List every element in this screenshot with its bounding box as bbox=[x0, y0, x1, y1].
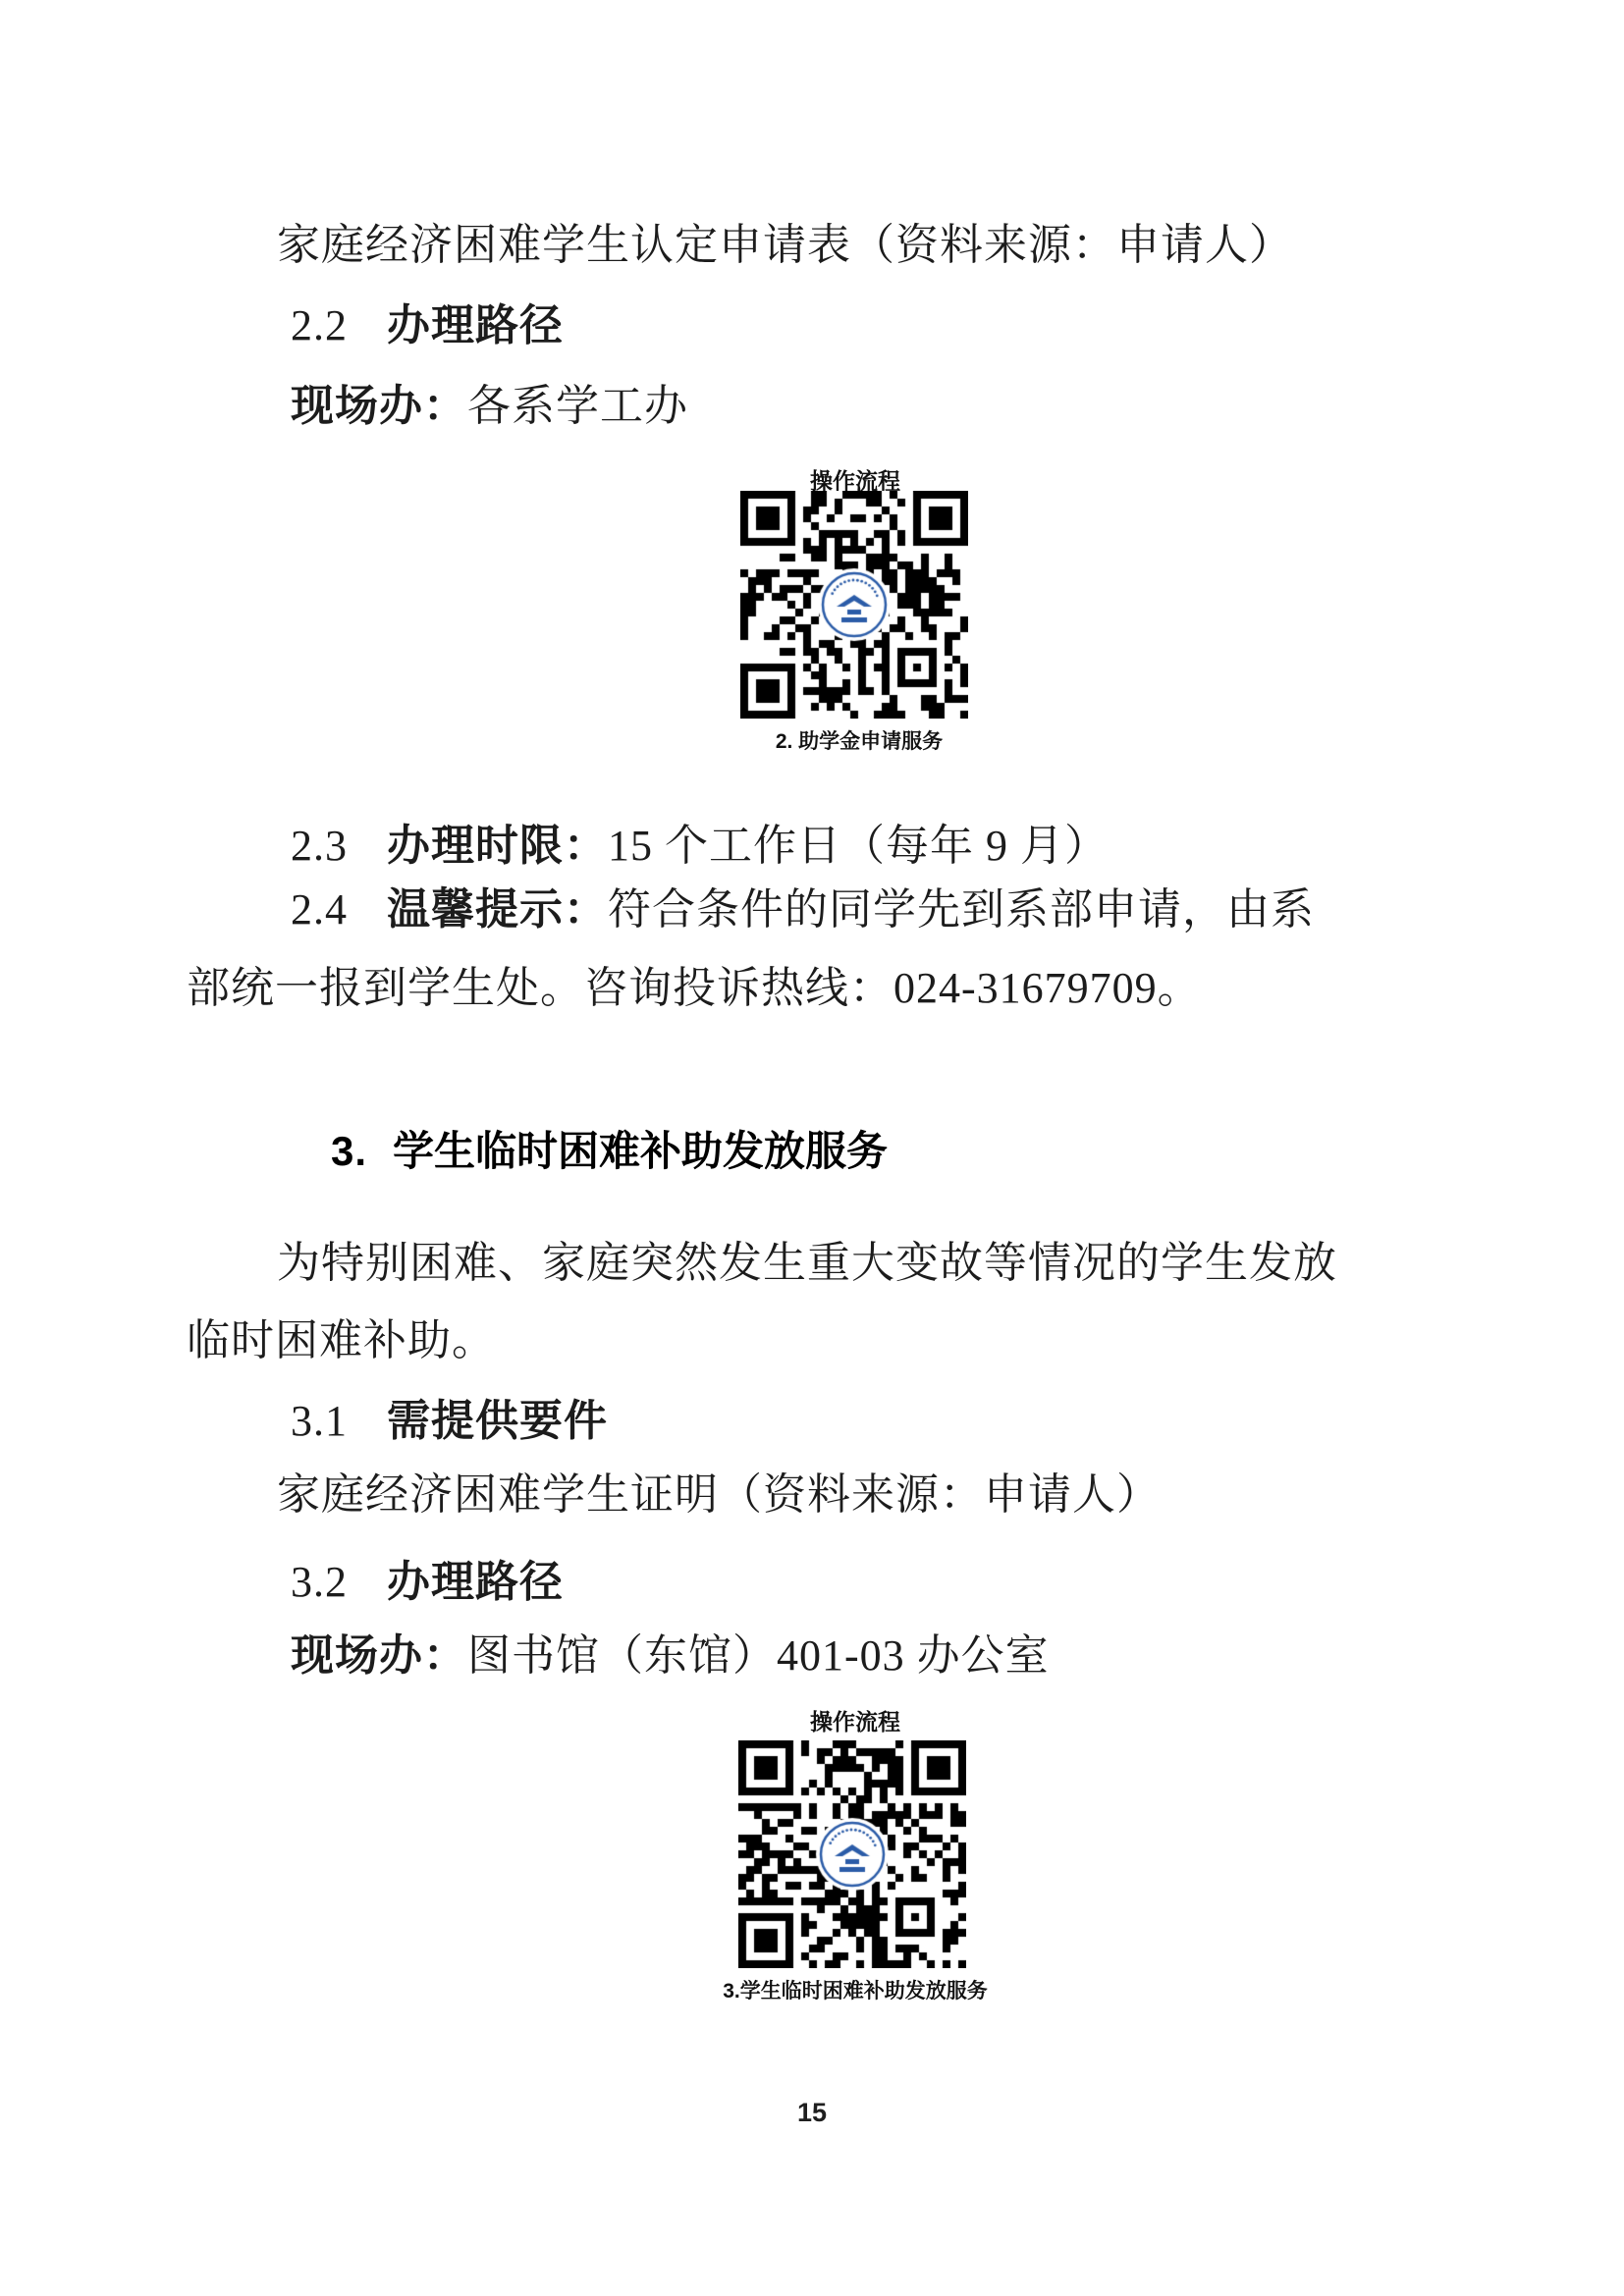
section-3-2: 3.2办理路径 bbox=[291, 1557, 564, 1608]
onsite-1-label: 现场办： bbox=[291, 382, 467, 430]
section-3-1-number: 3.1 bbox=[291, 1396, 348, 1447]
heading-3-number: 3. bbox=[331, 1128, 367, 1175]
qr-2-header: 操作流程 bbox=[810, 1704, 900, 1736]
section-2-4-text-1: 符合条件的同学先到系部申请，由系 bbox=[608, 885, 1315, 934]
section-2-2-number: 2.2 bbox=[291, 300, 348, 351]
paragraph-3-line-1: 为特别困难、家庭突然发生重大变故等情况的学生发放 bbox=[277, 1238, 1337, 1289]
onsite-1-value: 各系学工办 bbox=[467, 382, 688, 430]
section-2-3-number: 2.3 bbox=[291, 821, 348, 872]
section-2-4-label: 温馨提示： bbox=[387, 885, 608, 934]
onsite-line-1: 现场办：各系学工办 bbox=[291, 381, 688, 432]
apply-form-line: 家庭经济困难学生认定申请表（资料来源：申请人） bbox=[277, 220, 1293, 271]
heading-3-title: 学生临时困难补助发放服务 bbox=[393, 1128, 888, 1174]
page-number: 15 bbox=[797, 2098, 827, 2128]
heading-3: 3.学生临时困难补助发放服务 bbox=[331, 1119, 888, 1178]
section-2-3: 2.3办理时限：15 个工作日（每年 9 月） bbox=[291, 821, 1109, 872]
section-2-4-number: 2.4 bbox=[291, 884, 348, 935]
onsite-line-2: 现场办：图书馆（东馆）401-03 办公室 bbox=[291, 1630, 1050, 1682]
qr-1-caption: 2. 助学金申请服务 bbox=[776, 725, 943, 755]
qr-2-caption: 3.学生临时困难补助发放服务 bbox=[723, 1975, 988, 2004]
paragraph-3-line-2: 临时困难补助。 bbox=[187, 1315, 496, 1366]
section-2-2-title: 办理路径 bbox=[387, 301, 564, 349]
section-2-3-label: 办理时限： bbox=[387, 822, 608, 870]
onsite-2-label: 现场办： bbox=[291, 1631, 467, 1680]
section-2-3-value: 15 个工作日（每年 9 月） bbox=[608, 822, 1109, 870]
section-2-4-line-1: 2.4温馨提示：符合条件的同学先到系部申请，由系 bbox=[291, 884, 1315, 935]
section-3-2-title: 办理路径 bbox=[387, 1558, 564, 1606]
section-3-1: 3.1需提供要件 bbox=[291, 1396, 608, 1447]
qr-code-2 bbox=[738, 1740, 966, 1968]
document-page: 家庭经济困难学生认定申请表（资料来源：申请人） 2.2办理路径 现场办：各系学工… bbox=[0, 0, 1624, 2296]
qr-code-1 bbox=[740, 491, 968, 719]
onsite-2-value: 图书馆（东馆）401-03 办公室 bbox=[467, 1631, 1050, 1680]
section-2-4-line-2: 部统一报到学生处。咨询投诉热线：024-31679709。 bbox=[187, 963, 1202, 1014]
section-3-2-number: 3.2 bbox=[291, 1557, 348, 1608]
section-2-2: 2.2办理路径 bbox=[291, 300, 564, 351]
certificate-line: 家庭经济困难学生证明（资料来源：申请人） bbox=[277, 1469, 1161, 1521]
section-3-1-title: 需提供要件 bbox=[387, 1397, 608, 1445]
